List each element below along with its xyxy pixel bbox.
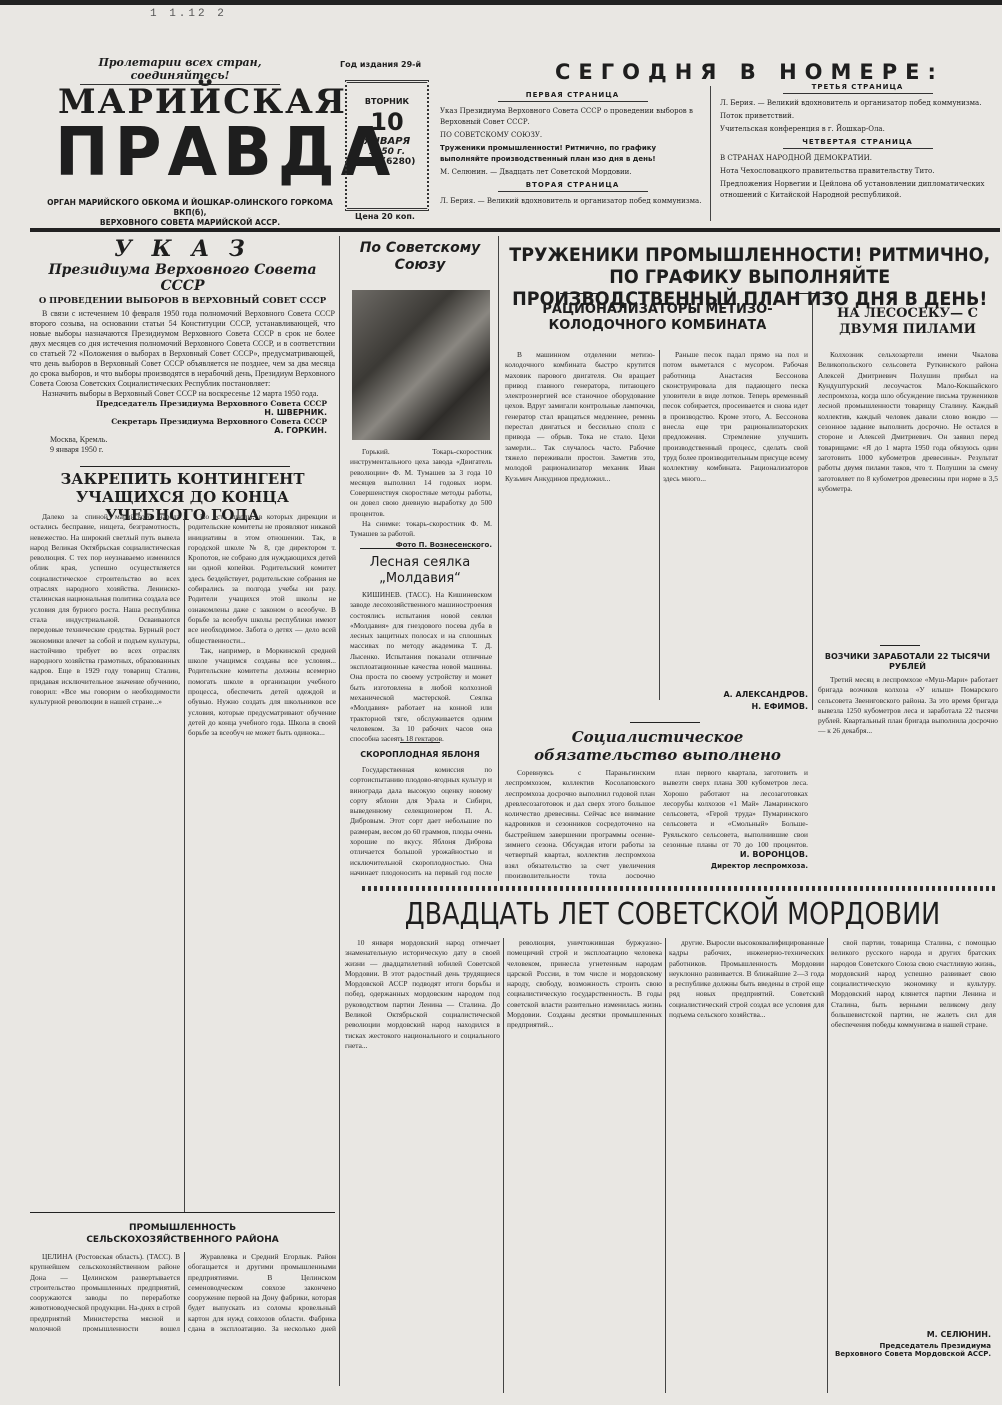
obligation-col2: план первого квартала, заготовить и выве… <box>663 768 808 848</box>
industry-col1-text: ЦЕЛИНА (Ростовская область). (ТАСС). В к… <box>30 1252 180 1332</box>
mordovia-col2-text: революция, уничтожившая буржуазно-помещи… <box>507 938 662 1031</box>
rationalizers-col2-text: Раньше песок падал прямо на пол и потом … <box>663 350 808 484</box>
logging-body: Колхозник сельхозартели имени Чкалова Ве… <box>818 350 998 635</box>
industry-title-line2: СЕЛЬСКОХОЗЯЙСТВЕННОГО РАЙОНА <box>30 1234 335 1246</box>
rationalizers-col1-text: В машинном отделении метизо-колодочного … <box>505 350 655 484</box>
industry-title: ПРОМЫШЛЕННОСТЬ СЕЛЬСКОХОЗЯЙСТВЕННОГО РАЙ… <box>30 1222 335 1246</box>
ukaz-article: У К А З Президиума Верховного Совета ССС… <box>30 236 335 456</box>
contents-item[interactable]: ПО СОВЕТСКОМУ СОЮЗУ. <box>440 130 705 141</box>
ukaz-subtitle: Президиума Верховного Совета СССР <box>30 262 335 294</box>
ukaz-title: У К А З <box>30 236 335 262</box>
carters-body: Третий месяц в леспромхозе «Муш-Мари» ра… <box>818 675 998 873</box>
mordovia-signature: М. СЕЛЮНИН. <box>831 1330 991 1339</box>
column-divider <box>498 236 499 881</box>
contents-item[interactable]: Указ Президиума Верховного Совета СССР о… <box>440 106 705 128</box>
obligation-signature-title: Директор леспромхоза. <box>663 862 808 870</box>
contents-item[interactable]: Нота Чехословацкого правительства правит… <box>720 166 995 177</box>
publisher-line-2: ВЕРХОВНОГО СОВЕТА МАРИЙСКОЙ АССР. <box>40 218 340 228</box>
students-col1-text: Далеко за спиной марийского народа остал… <box>30 512 180 708</box>
apple-body: Государственная комиссия по сортоиспытан… <box>350 765 492 877</box>
column-divider <box>812 300 813 710</box>
soviet-union-title: По Советскому Союзу <box>345 240 495 274</box>
industry-col2-text: Журавлевка и Средний Егорлык. Район обог… <box>188 1252 336 1332</box>
mordovia-title: ДВАДЦАТЬ ЛЕТ СОВЕТСКОЙ МОРДОВИИ <box>394 898 951 932</box>
column-divider <box>665 938 666 1393</box>
year-of-issue: Год издания 29-й <box>340 60 421 69</box>
page-top-border <box>0 0 1002 5</box>
contents-item[interactable]: Поток приветствий. <box>720 111 995 122</box>
rationalizers-sign1: А. АЛЕКСАНДРОВ. <box>663 690 808 699</box>
contents-item[interactable]: Л. Берия. — Великий вдохновитель и орган… <box>720 98 995 109</box>
ukaz-resolution: Назначить выборы в Верховный Совет СССР … <box>30 389 335 399</box>
ukaz-body: В связи с истечением 10 февраля 1950 год… <box>30 309 335 399</box>
month: ЯНВАРЯ <box>347 136 427 147</box>
divider <box>630 722 700 723</box>
seeder-body: КИШИНЕВ. (ТАСС). На Кишиневском заводе л… <box>350 590 492 744</box>
divider <box>560 293 600 294</box>
logging-body-text: Колхозник сельхозартели имени Чкалова Ве… <box>818 350 998 494</box>
year: 1950 г. <box>347 147 427 157</box>
column-divider <box>503 938 504 1393</box>
students-col2-text: Но есть школы, в которых дирекции и роди… <box>188 512 336 646</box>
divider <box>360 548 480 549</box>
price: Цена 20 коп. <box>355 212 415 221</box>
students-col1: Далеко за спиной марийского народа остал… <box>30 512 180 1212</box>
carters-title: ВОЗЧИКИ ЗАРАБОТАЛИ 22 ТЫСЯЧИ РУБЛЕЙ <box>815 652 1000 672</box>
industry-title-line1: ПРОМЫШЛЕННОСТЬ <box>30 1222 335 1234</box>
divider <box>30 1212 335 1213</box>
mordovia-col1: 10 января мордовский народ отмечает знам… <box>345 938 500 1393</box>
students-col2: Но есть школы, в которых дирекции и роди… <box>188 512 336 1212</box>
industry-col2: Журавлевка и Средний Егорлык. Район обог… <box>188 1252 336 1332</box>
contents-page3-label: ТРЕТЬЯ СТРАНИЦА <box>783 82 933 94</box>
apple-body-text: Государственная комиссия по сортоиспытан… <box>350 765 492 877</box>
ukaz-chair-name: Н. ШВЕРНИК. <box>30 408 327 417</box>
rationalizers-title: РАЦИОНАЛИЗАТОРЫ МЕТИЗО-КОЛОДОЧНОГО КОМБИ… <box>505 302 810 334</box>
ukaz-body-text: В связи с истечением 10 февраля 1950 год… <box>30 309 335 389</box>
divider <box>80 466 290 467</box>
mordovia-signature-title: Председатель Президиума Верховного Совет… <box>831 1342 991 1358</box>
ukaz-chair-title: Председатель Президиума Верховного Совет… <box>30 399 327 408</box>
divider <box>795 293 835 294</box>
photo-caption-text: Горький. Токарь-скоростник инструменталь… <box>350 447 492 519</box>
obligation-col1: Соревнуясь с Параньгинским леспромхозом,… <box>505 768 655 878</box>
logging-title: НА ЛЕСОСЕКУ— С ДВУМЯ ПИЛАМИ <box>815 306 1000 338</box>
students-col3-text: Так, например, в Моркинской средней школ… <box>188 646 336 739</box>
worker-photo <box>352 290 490 440</box>
wavy-rule <box>362 886 997 891</box>
contents-item[interactable]: М. Селюнин. — Двадцать лет Советской Мор… <box>440 167 705 178</box>
ukaz-place: Москва, Кремль. <box>50 435 335 445</box>
column-divider <box>659 350 660 700</box>
issue-number: № 7 (6280) <box>347 157 427 167</box>
rationalizers-col2: Раньше песок падал прямо на пол и потом … <box>663 350 808 670</box>
ukaz-secretary-name: А. ГОРКИН. <box>30 426 327 435</box>
obligation-signature: И. ВОРОНЦОВ. <box>663 850 808 859</box>
publisher-line: ОРГАН МАРИЙСКОГО ОБКОМА И ЙОШКАР-ОЛИНСКО… <box>40 198 340 228</box>
seeder-body-text: КИШИНЕВ. (ТАСС). На Кишиневском заводе л… <box>350 590 492 744</box>
contents-item[interactable]: Предложения Норвегии и Цейлона об устано… <box>720 179 995 201</box>
rationalizers-sign2: Н. ЕФИМОВ. <box>663 702 808 711</box>
date-box: ВТОРНИК 10 ЯНВАРЯ 1950 г. № 7 (6280) <box>345 80 429 211</box>
contents-page1-label: ПЕРВАЯ СТРАНИЦА <box>498 90 648 102</box>
mordovia-col3: другие. Выросли высококвалифицированные … <box>669 938 824 1393</box>
rationalizers-col1: В машинном отделении метизо-колодочного … <box>505 350 655 700</box>
seeder-title: Лесная сеялка „Молдавия“ <box>345 555 495 587</box>
contents-item[interactable]: Труженики промышленности! Ритмично, по г… <box>440 143 705 165</box>
apple-title: СКОРОПЛОДНАЯ ЯБЛОНЯ <box>345 750 495 759</box>
contents-page2-label: ВТОРАЯ СТРАНИЦА <box>498 180 648 192</box>
archive-stamp: 1 1.12 2 <box>150 8 227 20</box>
day-of-week: ВТОРНИК <box>347 97 427 106</box>
contents-divider <box>710 86 711 221</box>
main-banner-headline: ТРУЖЕНИКИ ПРОМЫШЛЕННОСТИ! РИТМИЧНО, ПО Г… <box>505 244 994 310</box>
page-column-divider <box>339 236 340 1386</box>
divider <box>400 742 440 743</box>
publisher-line-1: ОРГАН МАРИЙСКОГО ОБКОМА И ЙОШКАР-ОЛИНСКО… <box>40 198 340 218</box>
newspaper-title-line2: ПРАВДА <box>55 116 335 190</box>
ukaz-secretary-title: Секретарь Президиума Верховного Совета С… <box>30 417 327 426</box>
column-divider <box>184 512 185 1212</box>
contents-item[interactable]: Учительская конференция в г. Йошкар-Ола. <box>720 124 995 135</box>
mordovia-col3-text: другие. Выросли высококвалифицированные … <box>669 938 824 1020</box>
contents-item[interactable]: В СТРАНАХ НАРОДНОЙ ДЕМОКРАТИИ. <box>720 153 995 164</box>
obligation-title: Социалистическое обязательство выполнено <box>505 728 810 764</box>
ukaz-heading: О ПРОВЕДЕНИИ ВЫБОРОВ В ВЕРХОВНЫЙ СОВЕТ С… <box>30 296 335 306</box>
motto: Пролетарии всех стран, соединяйтесь! <box>80 56 280 85</box>
column-divider <box>827 938 828 1393</box>
mordovia-col4: свой партии, товарища Сталина, с помощью… <box>831 938 996 1298</box>
day-number: 10 <box>347 108 427 136</box>
contents-right: ТРЕТЬЯ СТРАНИЦА Л. Берия. — Великий вдох… <box>720 80 995 203</box>
obligation-col1-text: Соревнуясь с Параньгинским леспромхозом,… <box>505 768 655 878</box>
contents-item[interactable]: Л. Берия. — Великий вдохновитель и орган… <box>440 196 705 207</box>
divider <box>880 645 920 646</box>
masthead-rule <box>30 228 1000 232</box>
photo-caption: Горький. Токарь-скоростник инструменталь… <box>350 447 492 550</box>
contents-page4-label: ЧЕТВЕРТАЯ СТРАНИЦА <box>783 137 933 149</box>
mordovia-col4-text: свой партии, товарища Сталина, с помощью… <box>831 938 996 1031</box>
column-divider <box>184 1252 185 1332</box>
obligation-col2-text: план первого квартала, заготовить и выве… <box>663 768 808 848</box>
mordovia-col1-text: 10 января мордовский народ отмечает знам… <box>345 938 500 1051</box>
ukaz-date: 9 января 1950 г. <box>50 445 335 455</box>
contents-left: ПЕРВАЯ СТРАНИЦА Указ Президиума Верховно… <box>440 88 705 209</box>
carters-body-text: Третий месяц в леспромхозе «Муш-Мари» ра… <box>818 675 998 737</box>
photo-note: На снимке: токарь-скоростник Ф. М. Тумаш… <box>350 519 492 540</box>
industry-col1: ЦЕЛИНА (Ростовская область). (ТАСС). В к… <box>30 1252 180 1332</box>
mordovia-col2: революция, уничтожившая буржуазно-помещи… <box>507 938 662 1393</box>
